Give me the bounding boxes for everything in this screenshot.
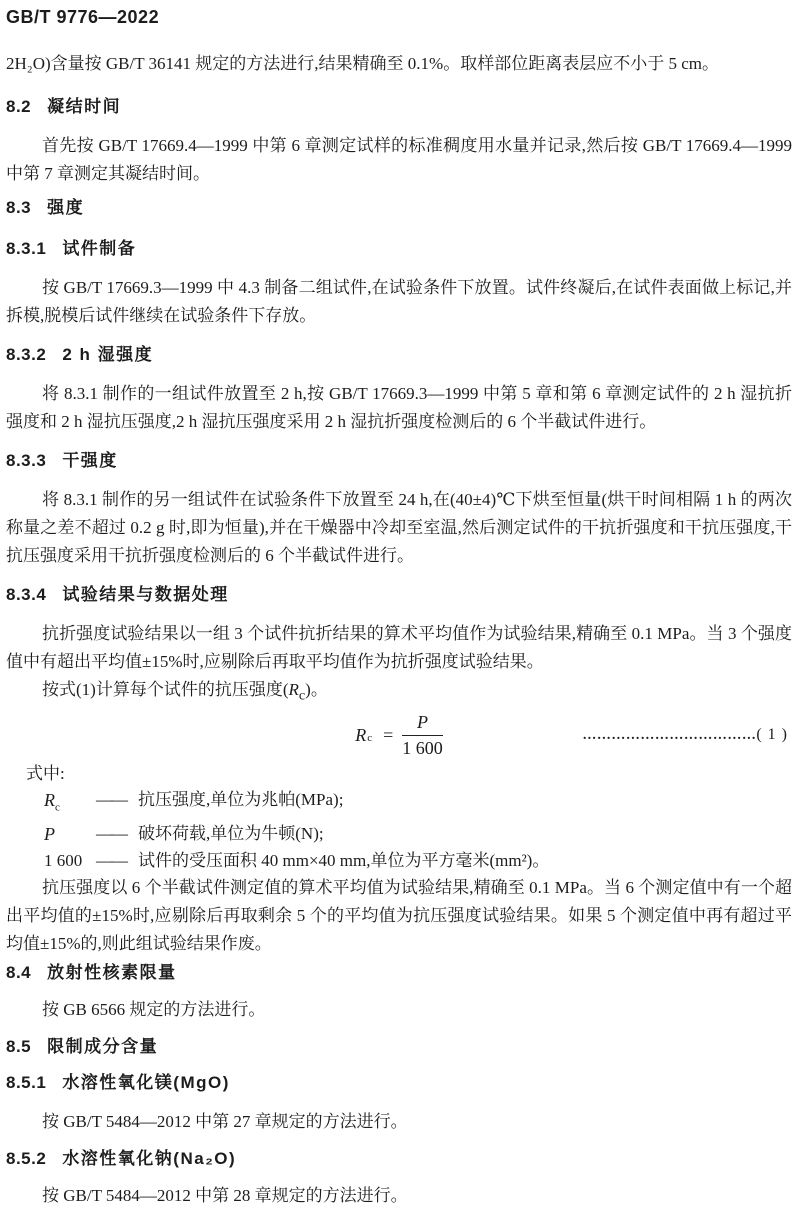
where-label: 式中: bbox=[26, 761, 792, 787]
section-heading-8-3-1: 8.3.1 试件制备 bbox=[6, 238, 792, 260]
section-paragraph-8-3-2: 将 8.3.1 制作的一组试件放置至 2 h,按 GB/T 17669.3—19… bbox=[6, 380, 792, 436]
constant-1600: 1 600 bbox=[44, 851, 82, 870]
section-paragraph-8-3-4-c: 抗压强度以 6 个半截试件测定值的算术平均值为试验结果,精确至 0.1 MPa。… bbox=[6, 874, 792, 958]
equals-sign: = bbox=[383, 725, 393, 746]
paragraph-text: )。 bbox=[305, 680, 328, 699]
section-number: 8.5.1 bbox=[6, 1072, 46, 1094]
where-symbol: Rc bbox=[44, 787, 96, 820]
section-number: 8.2 bbox=[6, 96, 31, 118]
definition-text: 抗压强度,单位为兆帕(MPa); bbox=[138, 787, 792, 820]
where-symbol: P bbox=[44, 821, 96, 848]
section-title: 限制成分含量 bbox=[47, 1036, 158, 1058]
dots: ……………………………… bbox=[582, 728, 756, 743]
where-row-Rc: Rc —— 抗压强度,单位为兆帕(MPa); bbox=[6, 787, 792, 820]
section-title: 2 h 湿强度 bbox=[62, 344, 153, 366]
definition-dash: —— bbox=[96, 787, 126, 820]
formula-dot-leader: ………………………………( 1 ) bbox=[582, 726, 788, 744]
fraction-denominator: 1 600 bbox=[402, 736, 443, 759]
section-paragraph-8-5-2: 按 GB/T 5484—2012 中第 28 章规定的方法进行。 bbox=[6, 1182, 792, 1205]
section-heading-8-5-2: 8.5.2 水溶性氧化钠(Na₂O) bbox=[6, 1148, 792, 1170]
paragraph-text: 按式(1)计算每个试件的抗压强度( bbox=[42, 680, 288, 699]
section-heading-8-2: 8.2 凝结时间 bbox=[6, 96, 792, 118]
section-number: 8.3.1 bbox=[6, 238, 46, 260]
symbol-Rc: R bbox=[288, 680, 298, 699]
section-heading-8-3-3: 8.3.3 干强度 bbox=[6, 450, 792, 472]
section-title: 凝结时间 bbox=[47, 96, 121, 118]
symbol-P: P bbox=[44, 824, 55, 844]
formula-lhs-symbol: R bbox=[355, 725, 366, 746]
standard-number-header: GB/T 9776—2022 bbox=[6, 6, 792, 28]
section-heading-8-4: 8.4 放射性核素限量 bbox=[6, 962, 792, 984]
section-paragraph-8-2: 首先按 GB/T 17669.4—1999 中第 6 章测定试样的标准稠度用水量… bbox=[6, 132, 792, 188]
section-number: 8.5 bbox=[6, 1036, 31, 1058]
formula-equation: Rc = P 1 600 bbox=[355, 712, 443, 759]
formula-lhs-subscript: c bbox=[367, 732, 372, 744]
section-title: 强度 bbox=[47, 197, 84, 219]
section-paragraph-8-4: 按 GB 6566 规定的方法进行。 bbox=[6, 996, 792, 1024]
section-title: 干强度 bbox=[62, 450, 118, 472]
section-number: 8.3 bbox=[6, 197, 31, 219]
definition-text: 试件的受压面积 40 mm×40 mm,单位为平方毫米(mm²)。 bbox=[138, 848, 792, 874]
section-number: 8.3.2 bbox=[6, 344, 46, 366]
section-title: 水溶性氧化钠(Na₂O) bbox=[62, 1148, 236, 1170]
definition-dash: —— bbox=[96, 848, 126, 874]
section-number: 8.4 bbox=[6, 962, 31, 984]
formula-fraction: P 1 600 bbox=[402, 712, 443, 759]
where-row-P: P —— 破坏荷载,单位为牛顿(N); bbox=[6, 821, 792, 848]
formula-1-block: Rc = P 1 600 ………………………………( 1 ) bbox=[6, 711, 792, 759]
section-number: 8.3.3 bbox=[6, 450, 46, 472]
section-paragraph-8-5-1: 按 GB/T 5484—2012 中第 27 章规定的方法进行。 bbox=[6, 1108, 792, 1136]
where-row-1600: 1 600 —— 试件的受压面积 40 mm×40 mm,单位为平方毫米(mm²… bbox=[6, 848, 792, 874]
section-heading-8-3: 8.3 强度 bbox=[6, 197, 792, 219]
section-title: 放射性核素限量 bbox=[47, 962, 177, 984]
section-paragraph-8-3-4-b: 按式(1)计算每个试件的抗压强度(Rc)。 bbox=[6, 676, 792, 709]
section-heading-8-5: 8.5 限制成分含量 bbox=[6, 1036, 792, 1058]
section-number: 8.3.4 bbox=[6, 584, 46, 606]
intro-paragraph: 2H₂O)含量按 GB/T 36141 规定的方法进行,结果精确至 0.1%。取… bbox=[6, 50, 792, 78]
definition-dash: —— bbox=[96, 821, 126, 848]
formula-number-label: ( 1 ) bbox=[756, 726, 788, 743]
section-heading-8-3-4: 8.3.4 试验结果与数据处理 bbox=[6, 584, 792, 606]
section-heading-8-3-2: 8.3.2 2 h 湿强度 bbox=[6, 344, 792, 366]
section-paragraph-8-3-3: 将 8.3.1 制作的另一组试件在试验条件下放置至 24 h,在(40±4)℃下… bbox=[6, 486, 792, 570]
section-paragraph-8-3-1: 按 GB/T 17669.3—1999 中 4.3 制备二组试件,在试验条件下放… bbox=[6, 274, 792, 330]
fraction-numerator: P bbox=[402, 712, 443, 736]
section-title: 试验结果与数据处理 bbox=[62, 584, 229, 606]
section-title: 试件制备 bbox=[62, 238, 136, 260]
symbol-Rc: R bbox=[44, 790, 55, 810]
where-symbol: 1 600 bbox=[44, 848, 96, 874]
definition-text: 破坏荷载,单位为牛顿(N); bbox=[138, 821, 792, 848]
document-page: GB/T 9776—2022 2H₂O)含量按 GB/T 36141 规定的方法… bbox=[0, 6, 800, 1205]
section-paragraph-8-3-4-a: 抗折强度试验结果以一组 3 个试件抗折结果的算术平均值作为试验结果,精确至 0.… bbox=[6, 620, 792, 676]
section-number: 8.5.2 bbox=[6, 1148, 46, 1170]
section-title: 水溶性氧化镁(MgO) bbox=[62, 1072, 230, 1094]
symbol-Rc-subscript: c bbox=[55, 802, 60, 814]
section-heading-8-5-1: 8.5.1 水溶性氧化镁(MgO) bbox=[6, 1072, 792, 1094]
